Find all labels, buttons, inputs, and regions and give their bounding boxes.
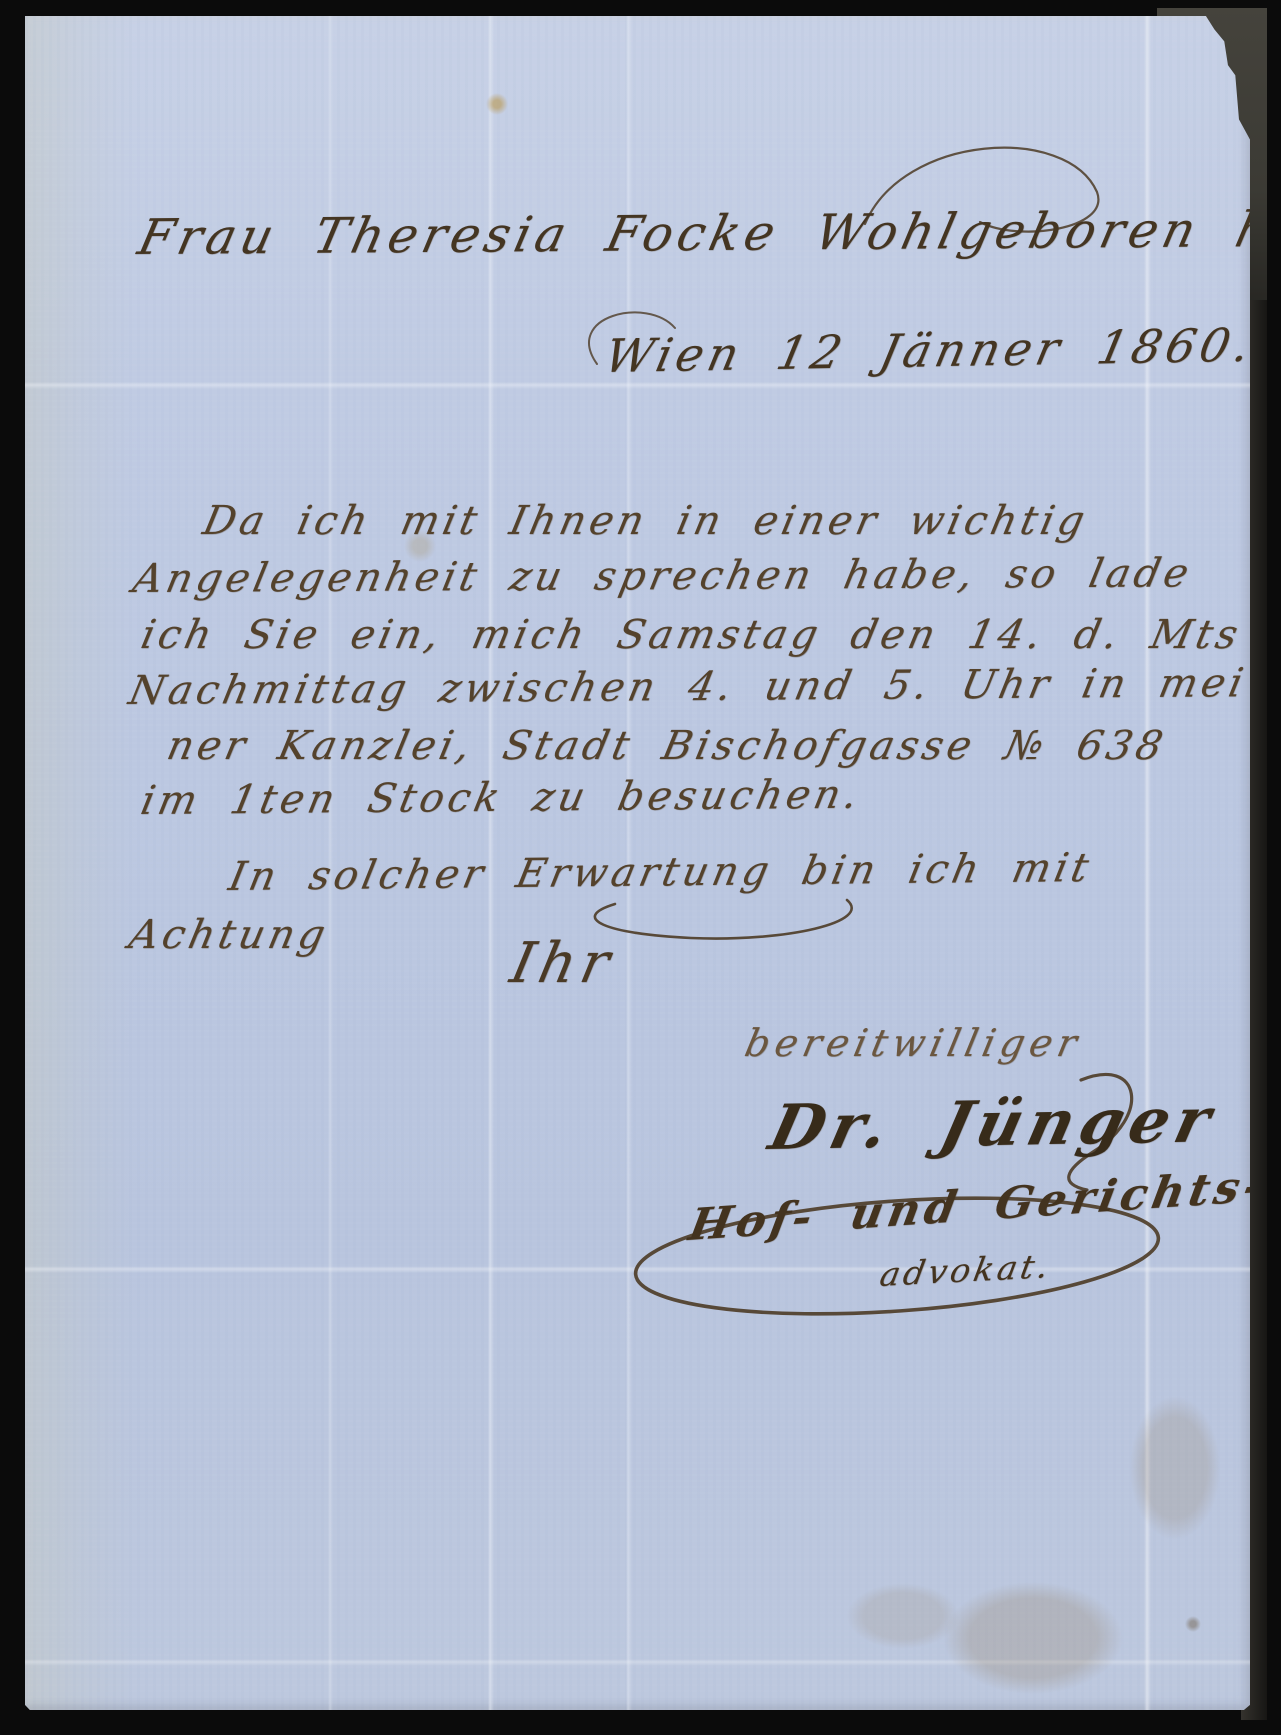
closing-respect-word: Achtung [125, 912, 333, 958]
body-line: Angelegenheit zu sprechen habe, so lade [129, 550, 1196, 602]
salutation-ihr: Ihr [505, 932, 620, 996]
body-line: Nachmittag zwischen 4. und 5. Uhr in mei [125, 660, 1250, 714]
flourish-erwartung [595, 900, 852, 939]
letter-paper: Frau Theresia Focke Wohlgeboren hier. Wi… [25, 16, 1250, 1710]
body-line: ich Sie ein, mich Samstag den 14. d. Mts [137, 612, 1246, 658]
address-line: Frau Theresia Focke Wohlgeboren hier. [133, 201, 1250, 266]
valediction: bereitwilliger [741, 1022, 1086, 1066]
signature-role-line-2: advokat. [877, 1247, 1055, 1294]
date-line: Wien 12 Jänner 1860. [600, 319, 1250, 383]
closing-line: In solcher Erwartung bin ich mit [225, 845, 1096, 900]
body-line: im 1ten Stock zu besuchen. [137, 772, 866, 824]
letter-scan-page: Frau Theresia Focke Wohlgeboren hier. Wi… [0, 0, 1281, 1735]
signature-name: Dr. Jünger [763, 1084, 1223, 1163]
signature-role-line-1: Hof- und Gerichts- [685, 1161, 1250, 1251]
body-line: Da ich mit Ihnen in einer wichtig [199, 498, 1092, 544]
body-line: ner Kanzlei, Stadt Bischofgasse № 638 [163, 723, 1171, 769]
